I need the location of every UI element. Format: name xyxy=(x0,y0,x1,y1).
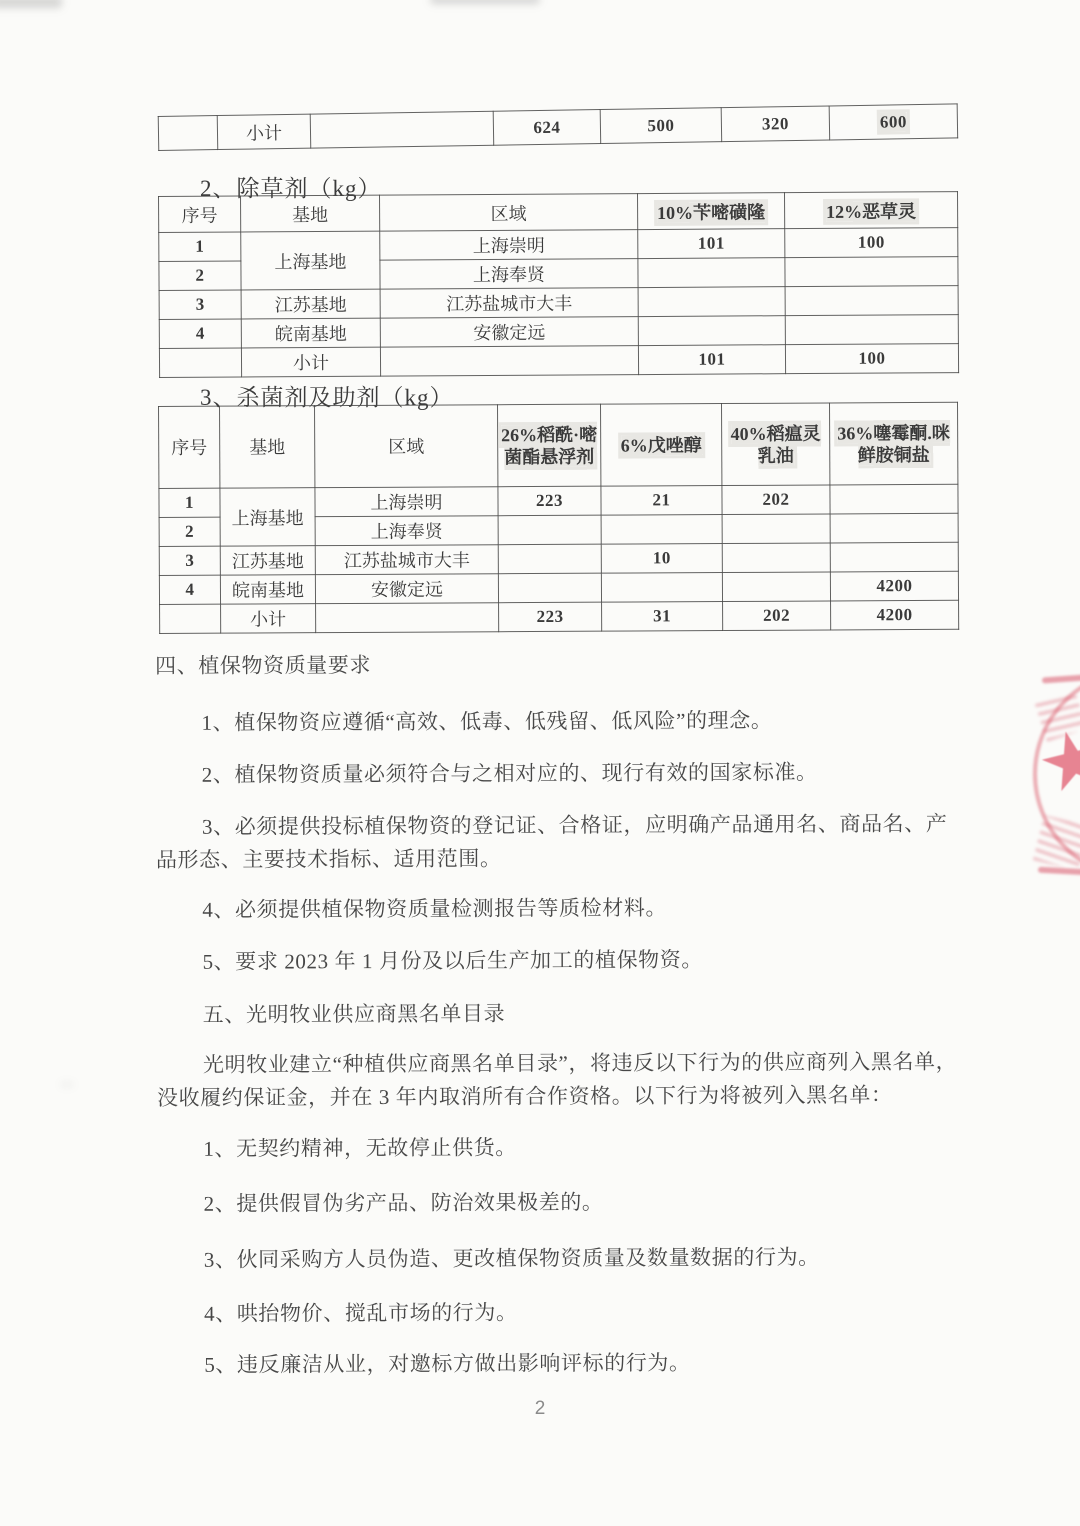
value-cell xyxy=(785,257,958,287)
section5-intro: 光明牧业建立“种植供应商黑名单目录”，将违反以下行为的供应商列入黑名单，没收履约… xyxy=(157,1045,961,1115)
value-cell xyxy=(498,515,601,545)
col-header: 序号 xyxy=(159,196,241,233)
red-seal-stamp: ★ xyxy=(1020,660,1080,890)
subtotal-value: 624 xyxy=(493,110,601,146)
herbicide-table: 序号 基地 区域 10%苄嘧磺隆 12%恶草灵 1 上海基地 上海崇明 101 … xyxy=(158,191,959,378)
col-header-chemical: 12%恶草灵 xyxy=(784,192,957,229)
value-cell: 21 xyxy=(601,486,722,516)
region-cell: 安徽定远 xyxy=(315,574,498,604)
seal-mark xyxy=(1042,674,1080,683)
table-row: 小计 624 500 320 600 xyxy=(158,104,957,151)
region-cell: 安徽定远 xyxy=(380,317,638,348)
subtotal-value: 202 xyxy=(723,601,831,631)
insecticide-subtotal-table: 小计 624 500 320 600 xyxy=(158,103,958,151)
value-cell xyxy=(830,484,958,514)
row-no: 1 xyxy=(159,232,241,262)
scan-artifact xyxy=(60,1082,74,1087)
col-header: 区域 xyxy=(315,405,498,488)
base-cell: 上海基地 xyxy=(241,231,380,290)
cell-empty xyxy=(158,116,218,151)
col-header-chemical: 36%噻霉酮.咪鲜胺铜盐 xyxy=(829,402,957,485)
value-cell xyxy=(785,315,958,345)
subtotal-value: 31 xyxy=(602,602,723,632)
subtotal-value: 320 xyxy=(721,106,830,142)
seal-text-fragment xyxy=(1033,815,1080,871)
section4-item: 5、要求 2023 年 1 月份及以后生产加工的植保物资。 xyxy=(156,942,960,979)
cell-empty xyxy=(316,603,499,633)
section5-item: 3、伙同采购方人员伪造、更改植保物资质量及数量数据的行为。 xyxy=(158,1240,962,1277)
subtotal-value: 100 xyxy=(785,344,958,374)
section5-item: 1、无契约精神，无故停止供货。 xyxy=(157,1129,961,1166)
subtotal-value: 600 xyxy=(829,104,958,140)
section4-item: 4、必须提供植保物资质量检测报告等质检材料。 xyxy=(156,890,960,927)
value-cell xyxy=(638,316,785,346)
body-text: 四、植保物资质量要求 1、植保物资应遵循“高效、低毒、低残留、低风险”的理念。 … xyxy=(155,646,966,1390)
col-header-chemical: 6%戊唑醇 xyxy=(600,404,721,487)
subtotal-row: 小计 101 100 xyxy=(159,344,958,378)
scan-artifact xyxy=(0,0,62,8)
value-cell xyxy=(638,258,785,288)
subtotal-value: 500 xyxy=(600,108,722,144)
seal-ring xyxy=(1033,668,1080,880)
seal-mark xyxy=(1038,867,1080,876)
col-header: 基地 xyxy=(220,406,315,488)
row-no: 4 xyxy=(159,319,241,349)
col-header: 序号 xyxy=(159,406,220,488)
col-header-chemical: 26%稻酰·嘧菌酯悬浮剂 xyxy=(497,404,600,487)
section5-title: 五、光明牧业供应商黑名单目录 xyxy=(157,995,961,1032)
section4-item: 3、必须提供投标植保物资的登记证、合格证，应明确产品通用名、商品名、产品形态、主… xyxy=(156,807,960,877)
cell-empty xyxy=(160,604,221,633)
value-cell: 101 xyxy=(638,229,785,259)
region-cell: 江苏盐城市大丰 xyxy=(380,288,638,319)
fungicide-table: 序号 基地 区域 26%稻酰·嘧菌酯悬浮剂 6%戊唑醇 40%稻瘟灵乳油 36%… xyxy=(158,402,959,634)
value-cell xyxy=(498,573,601,603)
col-header: 基地 xyxy=(241,195,380,232)
section5-item: 2、提供假冒伪劣产品、防治效果极差的。 xyxy=(157,1184,961,1221)
section5-item: 5、违反廉洁从业，对邀标方做出影响评标的行为。 xyxy=(158,1345,962,1382)
subtotal-label: 小计 xyxy=(221,604,316,633)
base-cell: 皖南基地 xyxy=(241,318,380,348)
col-header-chemical: 40%稻瘟灵乳油 xyxy=(721,403,829,486)
row-no: 2 xyxy=(159,517,220,546)
value-cell xyxy=(722,543,830,573)
base-cell: 江苏基地 xyxy=(220,546,315,575)
subtotal-label: 小计 xyxy=(241,347,380,377)
subtotal-value: 4200 xyxy=(831,600,959,630)
value-cell xyxy=(785,286,958,316)
row-no: 1 xyxy=(159,488,220,517)
region-cell: 上海崇明 xyxy=(315,487,498,517)
table-row: 4 皖南基地 安徽定远 4200 xyxy=(159,571,958,604)
col-header: 区域 xyxy=(379,194,637,232)
region-cell: 上海奉贤 xyxy=(380,259,638,290)
subtotal-row: 小计 223 31 202 4200 xyxy=(160,600,959,633)
col-header-chemical: 10%苄嘧磺隆 xyxy=(637,193,784,230)
value-cell xyxy=(830,542,958,572)
value-cell: 10 xyxy=(601,544,722,574)
region-cell: 上海奉贤 xyxy=(315,516,498,546)
region-cell: 江苏盐城市大丰 xyxy=(315,545,498,575)
cell-empty xyxy=(310,111,494,148)
row-no: 4 xyxy=(159,575,220,604)
subtotal-value: 223 xyxy=(499,602,602,632)
base-cell: 皖南基地 xyxy=(220,575,315,604)
base-cell: 江苏基地 xyxy=(241,289,380,319)
page-number: 2 xyxy=(0,1398,1080,1420)
section4-title: 四、植保物资质量要求 xyxy=(155,646,959,683)
value-cell: 100 xyxy=(785,228,958,258)
star-icon: ★ xyxy=(1030,715,1080,808)
region-cell: 上海崇明 xyxy=(380,230,638,261)
value-cell xyxy=(722,572,830,602)
table-row: 1 上海基地 上海崇明 223 21 202 xyxy=(159,484,958,517)
value-cell: 4200 xyxy=(830,571,958,601)
table-header-row: 序号 基地 区域 10%苄嘧磺隆 12%恶草灵 xyxy=(159,192,958,233)
section4-item: 1、植保物资应遵循“高效、低毒、低残留、低风险”的理念。 xyxy=(155,703,959,740)
document-page: 小计 624 500 320 600 2、除草剂（kg） 序号 基地 区域 10… xyxy=(0,0,1080,1526)
row-no: 3 xyxy=(159,546,220,575)
value-cell xyxy=(722,514,830,544)
base-cell: 上海基地 xyxy=(220,488,315,546)
subtotal-value: 101 xyxy=(638,345,785,375)
row-no: 3 xyxy=(159,290,241,320)
cell-empty xyxy=(380,346,638,377)
scan-artifact xyxy=(430,0,540,4)
section5-item: 4、哄抬物价、搅乱市场的行为。 xyxy=(158,1294,962,1331)
value-cell xyxy=(638,287,785,317)
subtotal-label: 小计 xyxy=(217,114,311,149)
value-cell: 223 xyxy=(498,486,601,516)
section4-item: 2、植保物资质量必须符合与之相对应的、现行有效的国家标准。 xyxy=(155,755,959,792)
value-cell xyxy=(601,573,722,603)
table-row: 3 江苏基地 江苏盐城市大丰 10 xyxy=(159,542,958,575)
cell-empty xyxy=(159,348,241,378)
value-cell: 202 xyxy=(722,485,830,515)
value-cell xyxy=(498,544,601,574)
value-cell xyxy=(830,513,958,543)
row-no: 2 xyxy=(159,261,241,291)
seal-text-fragment xyxy=(1035,690,1080,741)
value-cell xyxy=(601,515,722,545)
table-header-row: 序号 基地 区域 26%稻酰·嘧菌酯悬浮剂 6%戊唑醇 40%稻瘟灵乳油 36%… xyxy=(159,402,958,488)
